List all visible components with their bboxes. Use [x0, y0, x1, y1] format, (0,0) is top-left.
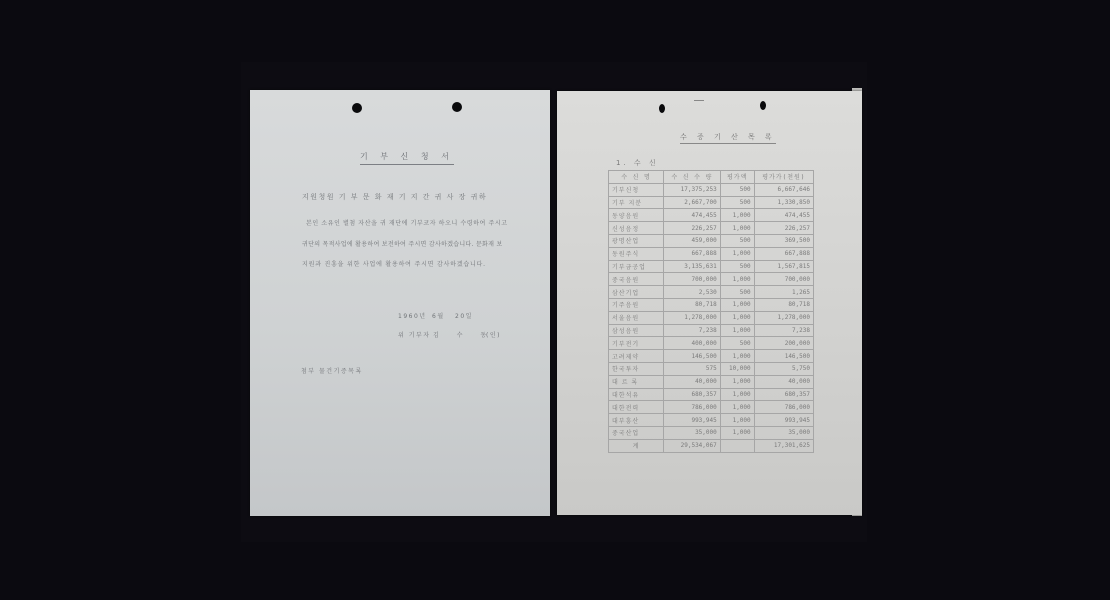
cell-name: 기부금공업 — [609, 260, 664, 273]
cell-value: 993,945 — [754, 414, 813, 427]
cell-name: 기주음원 — [609, 298, 664, 311]
cell-name: 서울음원 — [609, 311, 664, 324]
cell-quantity: 459,000 — [664, 234, 721, 247]
cell-quantity: 400,000 — [664, 337, 721, 350]
table-row: 삼산기업2,5305001,265 — [609, 286, 814, 299]
table-row: 동원주식667,8881,000667,888 — [609, 247, 814, 260]
cell-quantity: 80,718 — [664, 298, 721, 311]
date-year: 1960년 — [398, 311, 427, 320]
date-month: 6월 — [432, 311, 445, 320]
cell-quantity: 146,500 — [664, 350, 721, 363]
cell-quantity: 680,357 — [664, 388, 721, 401]
table-row: 기부전기400,000500200,000 — [609, 337, 814, 350]
cell-value: 369,500 — [754, 234, 813, 247]
body-line-2: 귀단의 목적사업에 활용하여 보전하여 주시면 감사하겠습니다. 문화재 보호 … — [302, 239, 502, 248]
cell-value: 146,500 — [754, 350, 813, 363]
cell-name: 동양음원 — [609, 209, 664, 222]
table-row: 중국산업35,0001,00035,000 — [609, 426, 814, 439]
header-quantity: 수 신 수 량 — [664, 171, 721, 184]
punch-hole — [452, 102, 462, 112]
document-title: 기 부 신 청 서 — [360, 151, 454, 165]
cell-quantity: 35,000 — [664, 426, 721, 439]
cell-unit-price: 1,000 — [720, 324, 754, 337]
cell-quantity: 7,238 — [664, 324, 721, 337]
cell-value: 680,357 — [754, 388, 813, 401]
table-header-row: 수 신 명 수 신 수 량 평가액 평가가(천원) — [609, 171, 814, 184]
signer-label: 위 기부자 — [398, 330, 431, 339]
cell-name: 삼산기업 — [609, 286, 664, 299]
addressee-line: 지원청원 기 부 문 화 재 기 지 간 귀 사 장 귀하 — [302, 192, 487, 202]
table-row: 삼성음원7,2381,0007,238 — [609, 324, 814, 337]
pencil-mark — [694, 100, 704, 101]
cell-unit-price: 1,000 — [720, 209, 754, 222]
table-row: 대한석유680,3571,000680,357 — [609, 388, 814, 401]
seal-mark: (인) — [486, 330, 501, 339]
cell-unit-price: 500 — [720, 286, 754, 299]
cell-value: 1,278,000 — [754, 311, 813, 324]
table-row: 한국투자57510,0005,750 — [609, 362, 814, 375]
cell-value: 35,000 — [754, 426, 813, 439]
cell-quantity: 1,278,000 — [664, 311, 721, 324]
cell-name: 고려제약 — [609, 350, 664, 363]
cell-unit-price: 1,000 — [720, 311, 754, 324]
cell-value: 6,667,646 — [754, 183, 813, 196]
cell-value: 667,888 — [754, 247, 813, 260]
cell-unit-price: 1,000 — [720, 298, 754, 311]
cell-quantity: 3,135,631 — [664, 260, 721, 273]
cell-unit-price: 500 — [720, 260, 754, 273]
cell-value: 1,265 — [754, 286, 813, 299]
cell-value: 40,000 — [754, 375, 813, 388]
header-value: 평가가(천원) — [754, 171, 813, 184]
table-row: 기부신청17,375,2535006,667,646 — [609, 183, 814, 196]
asset-table: 수 신 명 수 신 수 량 평가액 평가가(천원) 기부신청17,375,253… — [608, 170, 814, 453]
table-row: 대 르 록40,0001,00040,000 — [609, 375, 814, 388]
cell-unit-price: 1,000 — [720, 426, 754, 439]
cell-value: 80,718 — [754, 298, 813, 311]
cell-name: 삼성음원 — [609, 324, 664, 337]
table-row: 서울음원1,278,0001,0001,278,000 — [609, 311, 814, 324]
cell-quantity: 29,534,067 — [664, 439, 721, 452]
table-row: 대한전력786,0001,000786,000 — [609, 401, 814, 414]
list-title: 수 증 기 산 목 록 — [680, 132, 776, 144]
cell-quantity: 2,667,700 — [664, 196, 721, 209]
table-row: 신성음정226,2571,000226,257 — [609, 222, 814, 235]
cell-quantity: 575 — [664, 362, 721, 375]
cell-name: 광명산업 — [609, 234, 664, 247]
cell-name: 대한석유 — [609, 388, 664, 401]
punch-hole — [760, 101, 766, 110]
cell-unit-price: 500 — [720, 234, 754, 247]
table-row: 기부 지분2,667,7005001,330,850 — [609, 196, 814, 209]
cell-quantity: 17,375,253 — [664, 183, 721, 196]
cell-unit-price: 1,000 — [720, 222, 754, 235]
cell-value: 1,330,850 — [754, 196, 813, 209]
cell-unit-price: 1,000 — [720, 401, 754, 414]
cell-unit-price: 500 — [720, 196, 754, 209]
table-row: 고려제약146,5001,000146,500 — [609, 350, 814, 363]
cell-unit-price: 1,000 — [720, 350, 754, 363]
cell-quantity: 226,257 — [664, 222, 721, 235]
header-name: 수 신 명 — [609, 171, 664, 184]
cell-value: 1,567,815 — [754, 260, 813, 273]
cell-unit-price: 1,000 — [720, 273, 754, 286]
cell-quantity: 2,530 — [664, 286, 721, 299]
cell-name: 동원주식 — [609, 247, 664, 260]
cell-quantity: 40,000 — [664, 375, 721, 388]
cell-name: 중국산업 — [609, 426, 664, 439]
body-line-3: 지원과 진흥을 위한 사업에 활용하여 주시면 감사하겠습니다. — [302, 259, 486, 268]
body-line-1: 본인 소유인 별첨 자산을 귀 재단에 기부코자 하오니 수령하여 주시고 — [306, 218, 508, 227]
table-row: 동양음원474,4551,000474,455 — [609, 209, 814, 222]
cell-value: 786,000 — [754, 401, 813, 414]
cell-unit-price: 1,000 — [720, 414, 754, 427]
cell-value: 200,000 — [754, 337, 813, 350]
cell-value: 7,238 — [754, 324, 813, 337]
cell-name: 신성음정 — [609, 222, 664, 235]
cell-value: 5,750 — [754, 362, 813, 375]
cell-unit-price: 500 — [720, 337, 754, 350]
cell-unit-price: 500 — [720, 183, 754, 196]
date-day: 20일 — [455, 311, 473, 320]
section-label: 1. 수 신 — [616, 158, 659, 168]
punch-hole — [352, 103, 362, 113]
punch-hole — [659, 104, 665, 113]
cell-unit-price: 1,000 — [720, 375, 754, 388]
cell-quantity: 786,000 — [664, 401, 721, 414]
table-row: 중국음원700,0001,000700,000 — [609, 273, 814, 286]
table-total-row: 계29,534,06717,301,625 — [609, 439, 814, 452]
cell-quantity: 474,455 — [664, 209, 721, 222]
cell-quantity: 993,945 — [664, 414, 721, 427]
cell-unit-price: 1,000 — [720, 247, 754, 260]
table-row: 기주음원80,7181,00080,718 — [609, 298, 814, 311]
cell-name: 대부흥산 — [609, 414, 664, 427]
cell-name: 기부 지분 — [609, 196, 664, 209]
cell-unit-price — [720, 439, 754, 452]
cell-value: 17,301,625 — [754, 439, 813, 452]
table-row: 기부금공업3,135,6315001,567,815 — [609, 260, 814, 273]
cell-name: 대 르 록 — [609, 375, 664, 388]
cell-value: 700,000 — [754, 273, 813, 286]
cell-name: 기부전기 — [609, 337, 664, 350]
cell-quantity: 700,000 — [664, 273, 721, 286]
cell-name: 대한전력 — [609, 401, 664, 414]
cell-unit-price: 10,000 — [720, 362, 754, 375]
table-row: 광명산업459,000500369,500 — [609, 234, 814, 247]
attachment-note: 첨부 물건기증목록 — [301, 366, 363, 375]
cell-value: 226,257 — [754, 222, 813, 235]
cell-value: 474,455 — [754, 209, 813, 222]
cell-unit-price: 1,000 — [720, 388, 754, 401]
cell-name: 계 — [609, 439, 664, 452]
cell-quantity: 667,888 — [664, 247, 721, 260]
cell-name: 한국투자 — [609, 362, 664, 375]
cell-name: 기부신청 — [609, 183, 664, 196]
header-unit-price: 평가액 — [720, 171, 754, 184]
cell-name: 중국음원 — [609, 273, 664, 286]
table-row: 대부흥산993,9451,000993,945 — [609, 414, 814, 427]
